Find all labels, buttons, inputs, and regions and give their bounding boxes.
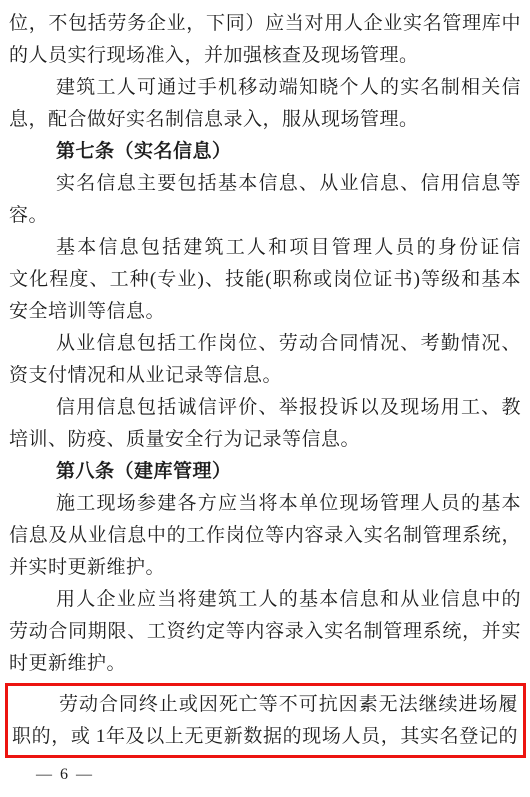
text-line: 建筑工人可通过手机移动端知晓个人的实名制相关信: [9, 72, 521, 104]
highlighted-text-line: 职的，或 1年及以上无更新数据的现场人员，其实名登记的: [12, 721, 518, 753]
text-line: 劳动合同期限、工资约定等内容录入实名制管理系统，并实: [9, 616, 521, 648]
text-line: 从业信息包括工作岗位、劳动合同情况、考勤情况、工: [9, 328, 521, 360]
text-line: 文化程度、工种(专业)、技能(职称或岗位证书)等级和基本: [9, 264, 521, 296]
text-line: 信用信息包括诚信评价、举报投诉以及现场用工、教育: [9, 392, 521, 424]
text-line: 资支付情况和从业记录等信息。: [9, 360, 521, 392]
document-page: 位，不包括劳务企业，下同）应当对用人企业实名管理库中 的人员实行现场准入，并加强…: [0, 0, 530, 797]
text-line: 实名信息主要包括基本信息、从业信息、信用信息等内: [9, 168, 521, 200]
text-line: 时更新维护。: [9, 648, 521, 680]
text-line: 用人企业应当将建筑工人的基本信息和从业信息中的: [9, 584, 521, 616]
article-8-heading: 第八条（建库管理）: [9, 456, 521, 488]
text-line: 容。: [9, 200, 521, 232]
article-7-heading: 第七条（实名信息）: [9, 136, 521, 168]
text-line: 位，不包括劳务企业，下同）应当对用人企业实名管理库中: [9, 8, 521, 40]
text-line: 基本信息包括建筑工人和项目管理人员的身份证信息、: [9, 232, 521, 264]
document-body-text: 位，不包括劳务企业，下同）应当对用人企业实名管理库中 的人员实行现场准入，并加强…: [0, 0, 530, 758]
text-line: 施工现场参建各方应当将本单位现场管理人员的基本: [9, 488, 521, 520]
page-number: — 6 —: [36, 766, 94, 784]
highlighted-text-line: 劳动合同终止或因死亡等不可抗因素无法继续进场履: [12, 689, 518, 721]
text-line: 并实时更新维护。: [9, 552, 521, 584]
text-line: 的人员实行现场准入，并加强核查及现场管理。: [9, 40, 521, 72]
text-line: 信息及从业信息中的工作岗位等内容录入实名制管理系统，: [9, 520, 521, 552]
text-line: 安全培训等信息。: [9, 296, 521, 328]
text-line: 培训、防疫、质量安全行为记录等信息。: [9, 424, 521, 456]
text-line: 息，配合做好实名制信息录入，服从现场管理。: [9, 104, 521, 136]
highlight-box: 劳动合同终止或因死亡等不可抗因素无法继续进场履 职的，或 1年及以上无更新数据的…: [5, 683, 526, 758]
